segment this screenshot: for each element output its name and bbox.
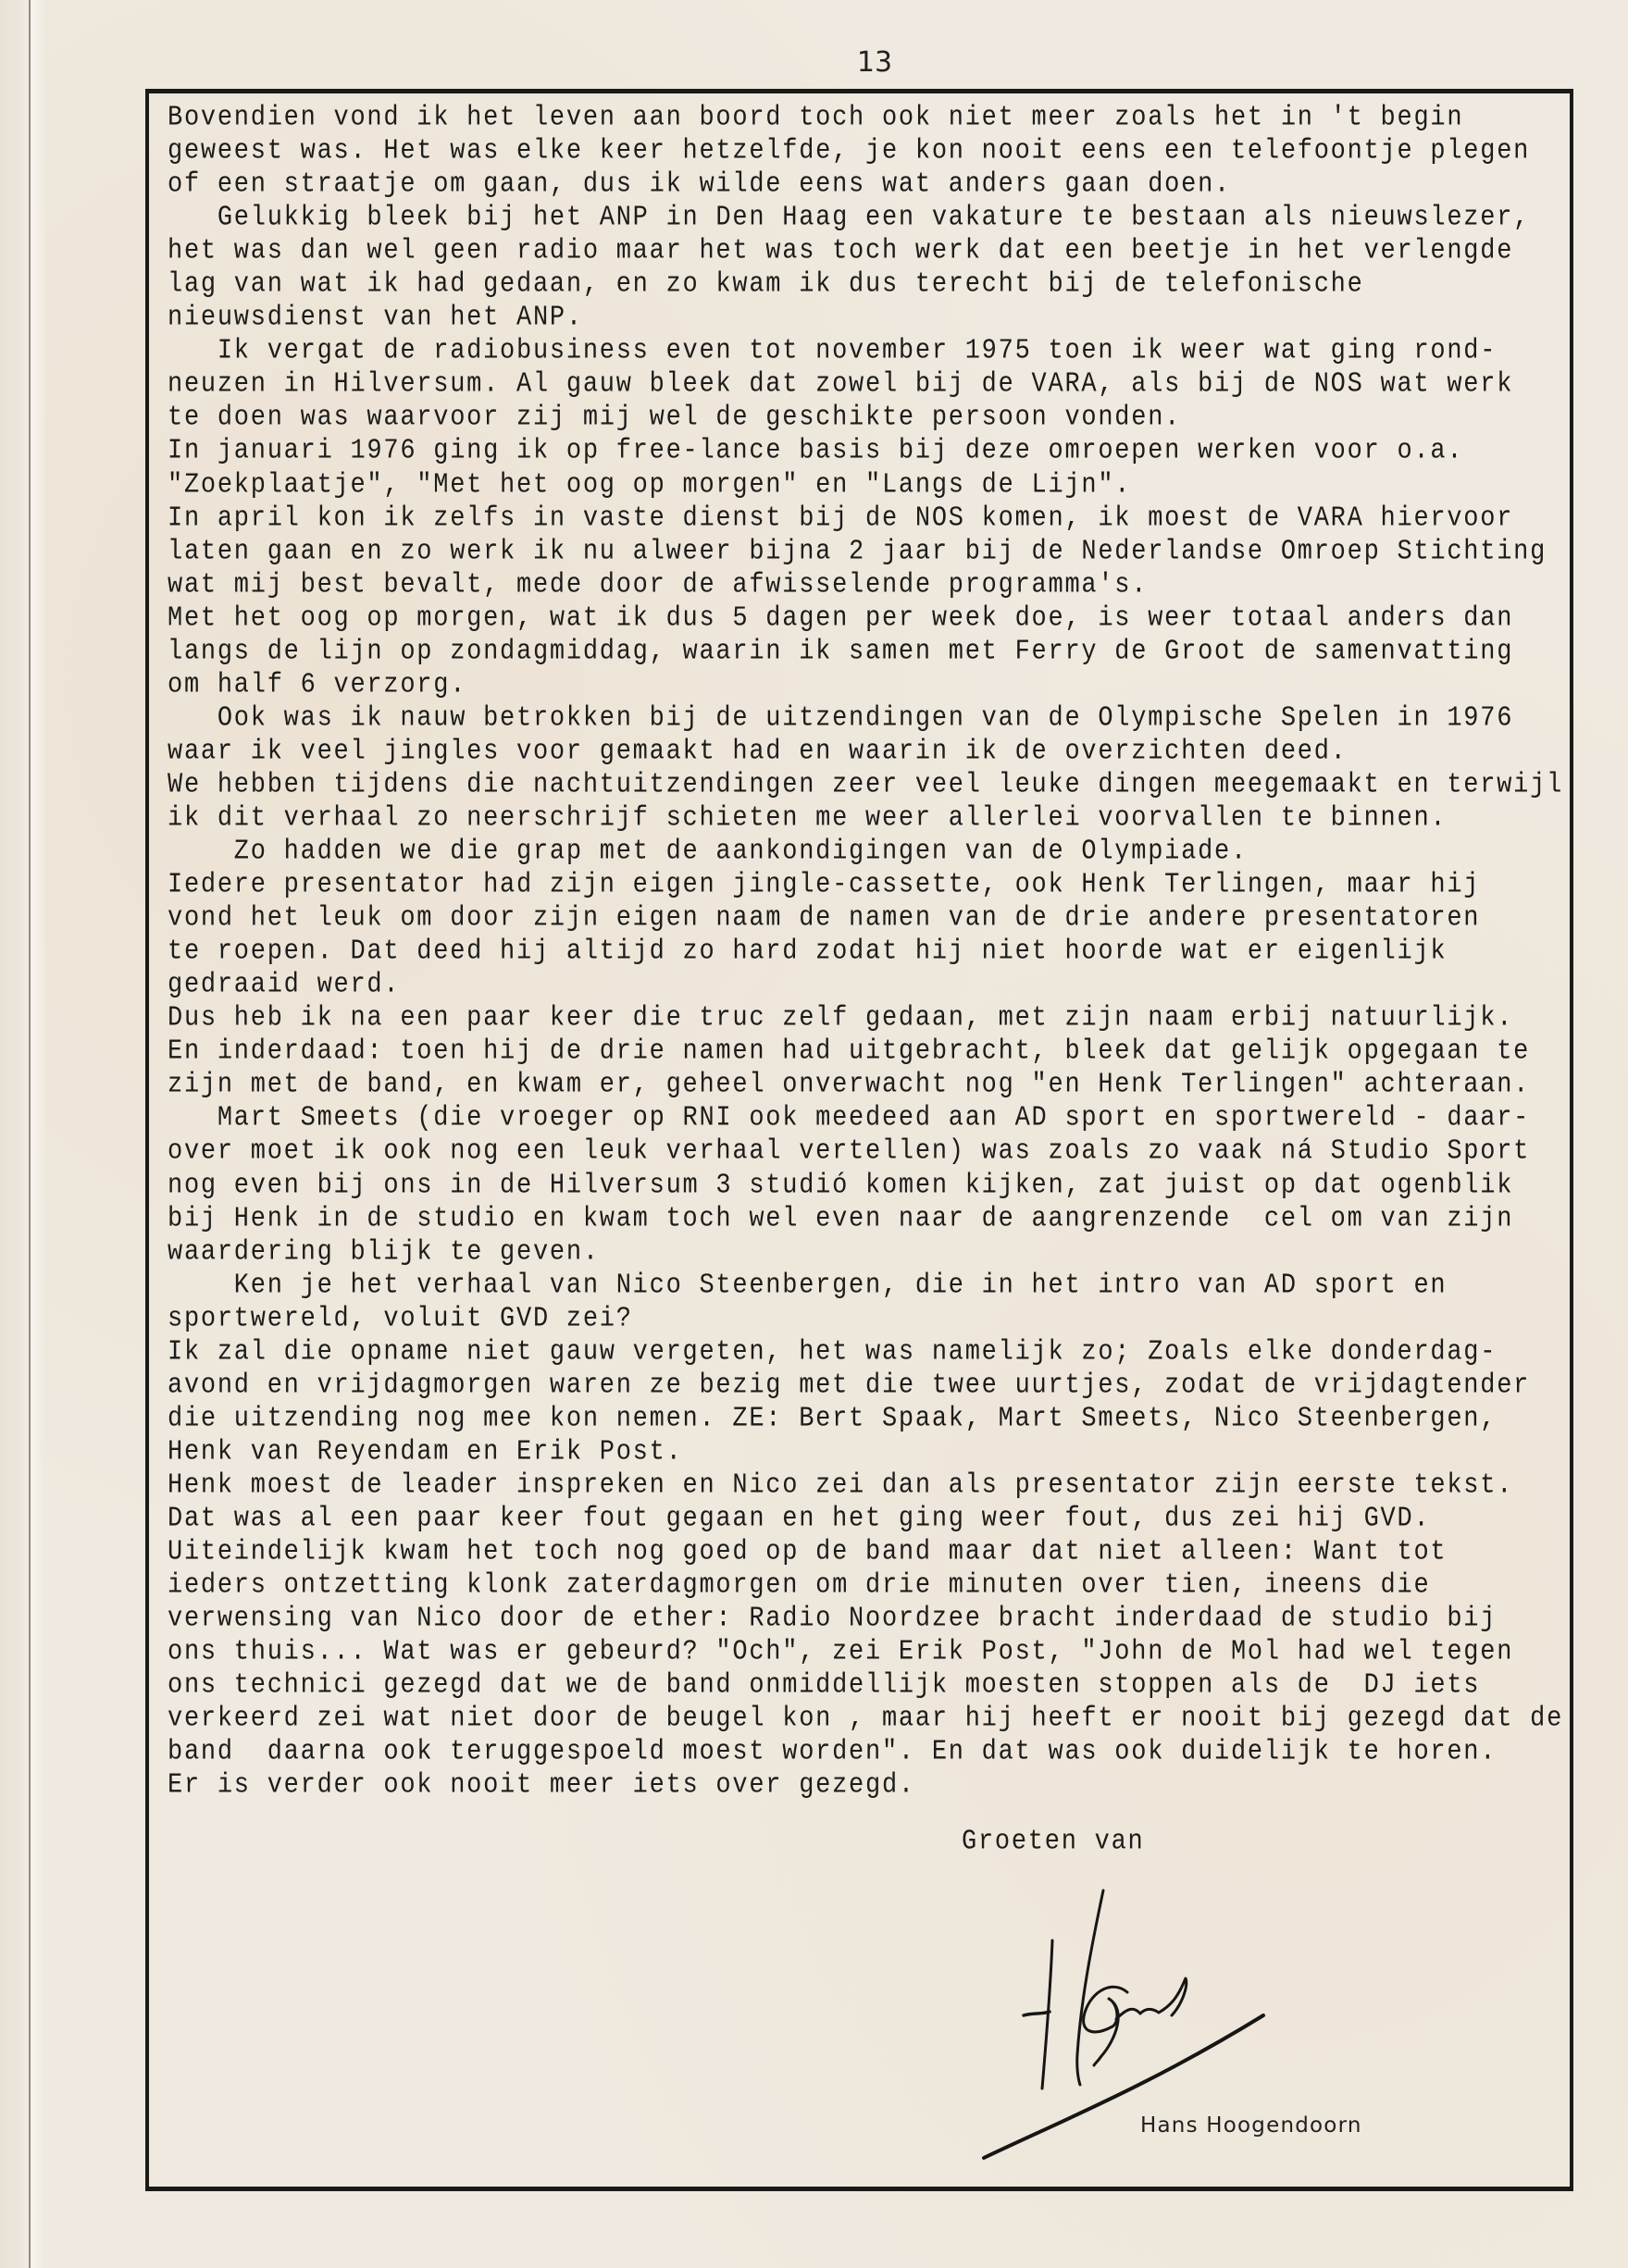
text-line: In januari 1976 ging ik op free-lance ba… [168,433,1565,470]
text-line: Henk van Reyendam en Erik Post. [168,1433,1565,1470]
text-line: om half 6 verzorg. [168,666,1565,703]
text-line: laten gaan en zo werk ik nu alweer bijna… [168,533,1565,570]
text-line: ons thuis... Wat was er gebeurd? "Och", … [168,1634,1565,1671]
text-line: sportwereld, voluit GVD zei? [168,1300,1565,1337]
text-line: die uitzending nog mee kon nemen. ZE: Be… [168,1400,1565,1437]
text-line: waar ik veel jingles voor gemaakt had en… [168,733,1565,770]
text-line: bij Henk in de studio en kwam toch wel e… [168,1200,1565,1237]
text-line: Gelukkig bleek bij het ANP in Den Haag e… [168,200,1565,237]
text-line: geweest was. Het was elke keer hetzelfde… [168,132,1565,169]
text-line: te doen was waarvoor zij mij wel de gesc… [168,400,1565,437]
text-line: verkeerd zei wat niet door de beugel kon… [168,1701,1565,1738]
text-line: het was dan wel geen radio maar het was … [168,233,1565,270]
text-line: langs de lijn op zondagmiddag, waarin ik… [168,633,1565,670]
text-line: band daarna ook teruggespoeld moest word… [168,1734,1565,1771]
text-line: vond het leuk om door zijn eigen naam de… [168,900,1565,937]
text-line: gedraaid werd. [168,967,1565,1004]
text-line: We hebben tijdens die nachtuitzendingen … [168,766,1565,803]
text-line: over moet ik ook nog een leuk verhaal ve… [168,1134,1565,1171]
text-line: ieders ontzetting klonk zaterdagmorgen o… [168,1567,1565,1604]
text-line: Dat was al een paar keer fout gegaan en … [168,1500,1565,1537]
text-line: avond en vrijdagmorgen waren ze bezig me… [168,1367,1565,1404]
text-line: of een straatje om gaan, dus ik wilde ee… [168,166,1565,203]
text-line: Bovendien vond ik het leven aan boord to… [168,99,1565,136]
text-line: Henk moest de leader inspreken en Nico z… [168,1467,1565,1504]
text-line: nog even bij ons in de Hilversum 3 studi… [168,1167,1565,1204]
text-line: verwensing van Nico door de ether: Radio… [168,1601,1565,1638]
text-line: Uiteindelijk kwam het toch nog goed op d… [168,1533,1565,1570]
text-line: Er is verder ook nooit meer iets over ge… [168,1767,1565,1804]
text-line: wat mij best bevalt, mede door de afwiss… [168,566,1565,603]
text-line: Met het oog op morgen, wat ik dus 5 dage… [168,600,1565,637]
text-line: Iedere presentator had zijn eigen jingle… [168,866,1565,903]
letter-body: Bovendien vond ik het leven aan boord to… [168,102,1565,1803]
text-line: ik dit verhaal zo neerschrijf schieten m… [168,799,1565,837]
text-line: Ik zal die opname niet gauw vergeten, he… [168,1333,1565,1370]
closing-salutation: Groeten van [962,1827,1144,1858]
text-line: lag van wat ik had gedaan, en zo kwam ik… [168,266,1565,304]
text-line: ons technici gezegd dat we de band onmid… [168,1667,1565,1704]
text-line: Dus heb ik na een paar keer die truc zel… [168,1000,1565,1037]
text-line: neuzen in Hilversum. Al gauw bleek dat z… [168,366,1565,403]
text-line: "Zoekplaatje", "Met het oog op morgen" e… [168,466,1565,503]
text-line: Zo hadden we die grap met de aankondigin… [168,833,1565,870]
text-line: nieuwsdienst van het ANP. [168,300,1565,337]
page-number: 13 [851,46,898,79]
text-line: zijn met de band, en kwam er, geheel onv… [168,1067,1565,1104]
text-line: In april kon ik zelfs in vaste dienst bi… [168,500,1565,537]
text-line: En inderdaad: toen hij de drie namen had… [168,1034,1565,1071]
text-line: Ook was ik nauw betrokken bij de uitzend… [168,700,1565,737]
page-fold-shadow [0,0,44,2268]
text-line: waardering blijk te geven. [168,1233,1565,1270]
text-line: Ik vergat de radiobusiness even tot nove… [168,333,1565,370]
page-fold-line [29,0,31,2268]
text-line: te roepen. Dat deed hij altijd zo hard z… [168,934,1565,971]
text-line: Mart Smeets (die vroeger op RNI ook meed… [168,1100,1565,1137]
text-line: Ken je het verhaal van Nico Steenbergen,… [168,1267,1565,1304]
signer-name: Hans Hoogendoorn [1140,2113,1362,2138]
